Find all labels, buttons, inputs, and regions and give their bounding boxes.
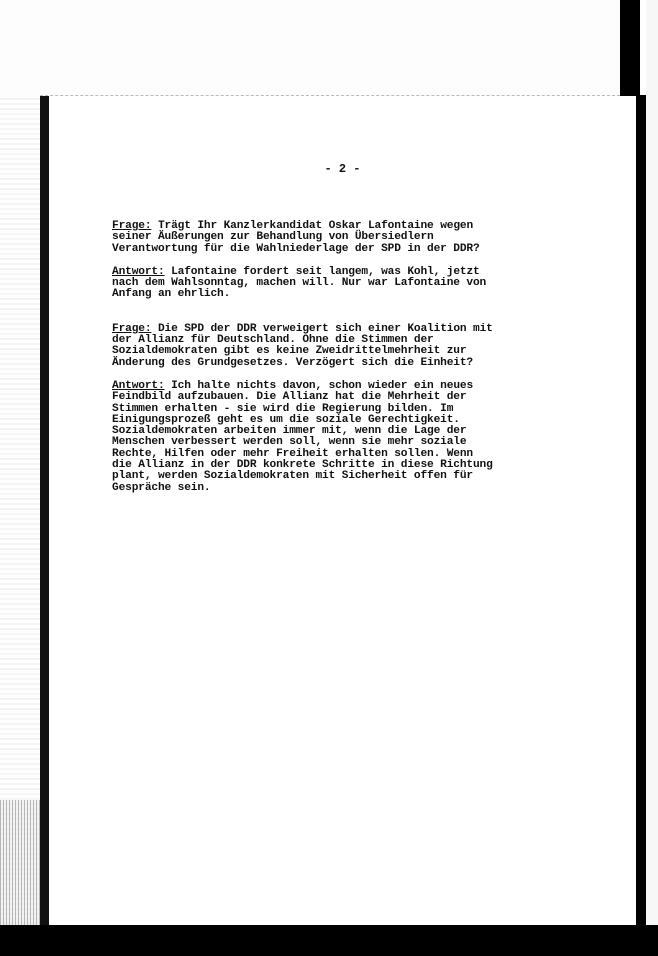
scan-edge-right bbox=[646, 0, 658, 956]
question-label: Frage: bbox=[112, 323, 151, 335]
scan-noise-left-bottom bbox=[0, 800, 40, 925]
answer-label: Antwort: bbox=[112, 266, 165, 278]
scan-background-page bbox=[0, 0, 620, 96]
page-number: - 2 - bbox=[49, 162, 636, 176]
scan-edge-right-dark bbox=[636, 95, 646, 925]
scan-edge-top-right bbox=[620, 0, 640, 110]
question-block: Frage: Trägt Ihr Kanzlerkandidat Oskar L… bbox=[112, 221, 532, 255]
scan-edge-left bbox=[40, 96, 49, 926]
answer-text: Lafontaine fordert seit langem, was Kohl… bbox=[112, 266, 486, 301]
document-body: Frage: Trägt Ihr Kanzlerkandidat Oskar L… bbox=[112, 221, 532, 494]
question-text: Die SPD der DDR verweigert sich einer Ko… bbox=[112, 323, 493, 369]
scan-edge-bottom bbox=[0, 925, 658, 956]
document-page: - 2 - Frage: Trägt Ihr Kanzlerkandidat O… bbox=[49, 96, 636, 925]
question-block: Frage: Die SPD der DDR verweigert sich e… bbox=[112, 324, 532, 369]
answer-block: Antwort: Lafontaine fordert seit langem,… bbox=[112, 267, 532, 301]
answer-label: Antwort: bbox=[112, 380, 165, 392]
question-text: Trägt Ihr Kanzlerkandidat Oskar Lafontai… bbox=[112, 220, 480, 255]
answer-text: Ich halte nichts davon, schon wieder ein… bbox=[112, 380, 493, 494]
answer-block: Antwort: Ich halte nichts davon, schon w… bbox=[112, 381, 532, 494]
